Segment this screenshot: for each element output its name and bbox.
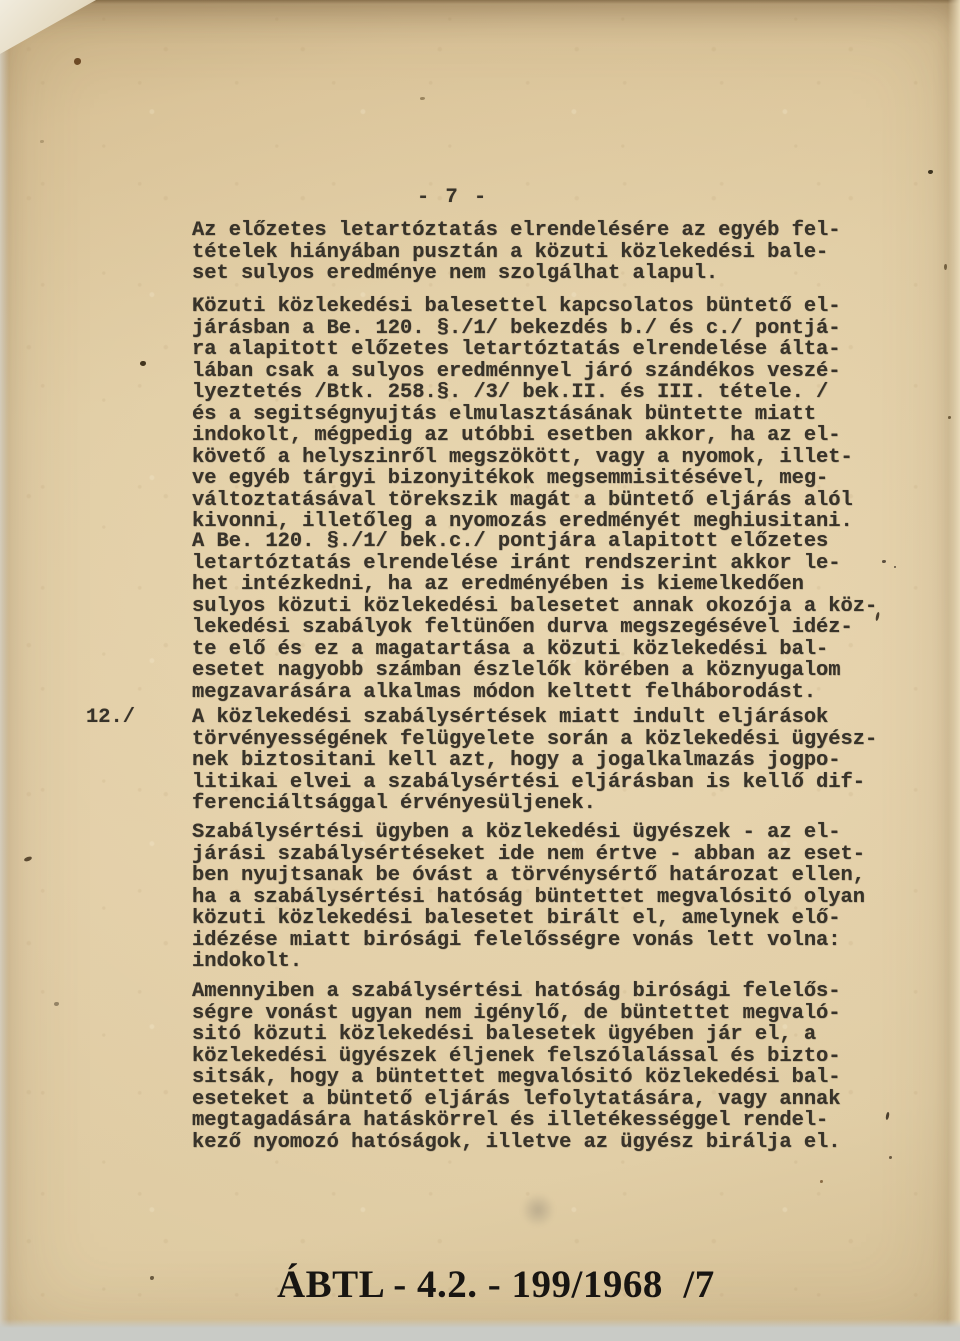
paragraph-4: A közlekedési szabálysértések miatt indu…: [192, 707, 922, 815]
scan-top-edge: [0, 0, 960, 4]
paragraph-1: Az előzetes letartóztatás elrendelésére …: [192, 220, 922, 285]
paragraph-5: Szabálysértési ügyben a közlekedési ügyé…: [192, 822, 922, 973]
archive-stamp: ÁBTL - 4.2. - 199/1968 /7: [277, 1262, 715, 1307]
paper-speck: [928, 170, 933, 174]
paragraph-6: Amennyiben a szabálysértési hatóság biró…: [192, 981, 922, 1153]
paragraph-3: A Be. 120. §./1/ bek.c./ pontjára alapit…: [192, 531, 922, 703]
paper-speck: [54, 1002, 59, 1006]
paper-speck: [820, 1180, 823, 1183]
paper-speck: [420, 97, 425, 100]
paper-speck: [24, 856, 33, 862]
paper-speck: [150, 1276, 154, 1280]
page-number: - 7 -: [417, 186, 488, 209]
page-corner-fold: [0, 0, 96, 54]
paragraph-2: Közuti közlekedési balesettel kapcsolato…: [192, 296, 922, 533]
ink-speck: [894, 566, 896, 568]
paper-speck: [140, 361, 146, 366]
scan-left-edge: [0, 0, 9, 1341]
paper-smudge: [522, 1192, 554, 1228]
section-marker-12: 12./: [86, 707, 135, 729]
paper-speck: [40, 140, 44, 143]
scan-bottom-edge: [0, 1319, 960, 1341]
paper-speck: [944, 264, 947, 270]
paper-speck: [74, 58, 81, 65]
paper-speck: [889, 1156, 892, 1159]
scan-right-edge: [948, 0, 960, 1341]
scanned-document-page: - 7 - Az előzetes letartóztatás elrendel…: [0, 0, 960, 1341]
